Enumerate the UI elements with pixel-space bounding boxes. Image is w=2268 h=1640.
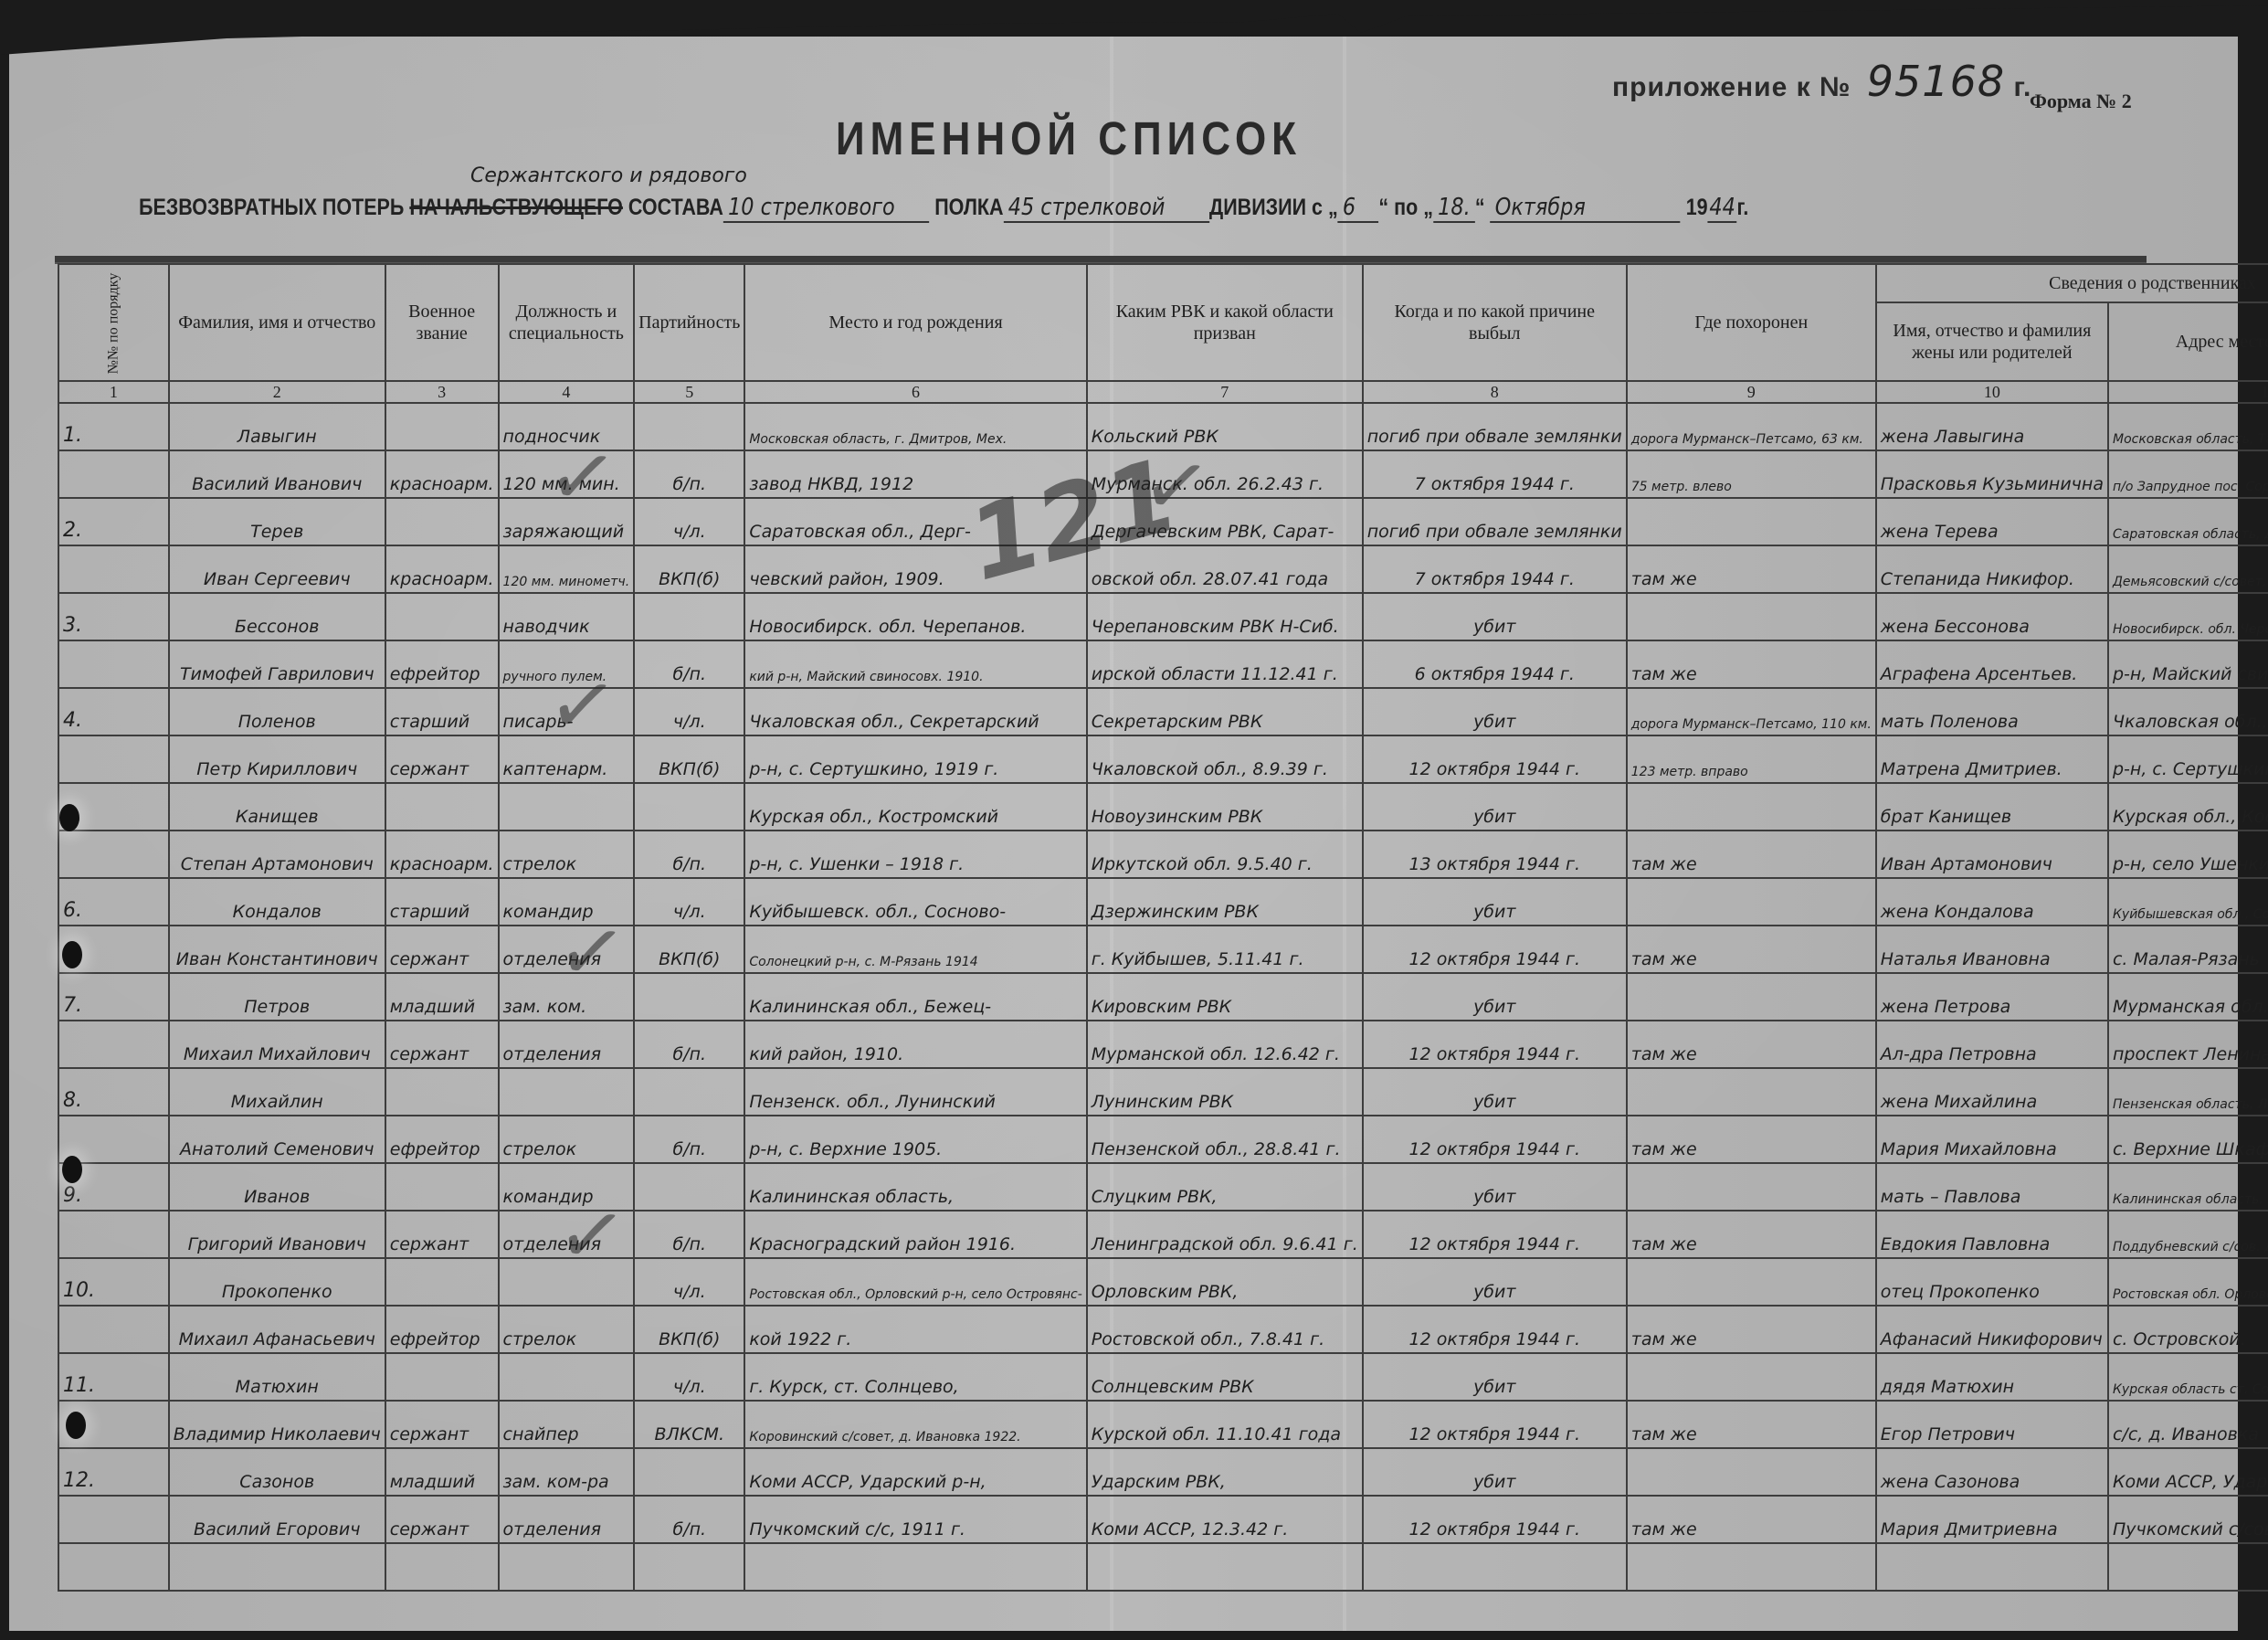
conscription-office: Курской обл. 11.10.41 года bbox=[1087, 1401, 1363, 1448]
party-membership bbox=[634, 593, 744, 640]
row-number: 1. bbox=[58, 403, 169, 450]
home-address: Ростовская обл. Орловский район, bbox=[2108, 1258, 2268, 1306]
birth-place-year: Московская область, г. Дмитров, Мех. bbox=[744, 403, 1086, 450]
conscription-office: Черепановским РВК Н-Сиб. bbox=[1087, 593, 1363, 640]
full-name: Михаил Афанасьевич bbox=[169, 1306, 385, 1353]
party-membership: б/п. bbox=[634, 450, 744, 498]
header-conscription: Каким РВК и какой области призван bbox=[1087, 264, 1363, 381]
home-address: Коми АССР, Ударский район, bbox=[2108, 1448, 2268, 1496]
full-name: Владимир Николаевич bbox=[169, 1401, 385, 1448]
party-membership: б/п. bbox=[634, 1116, 744, 1163]
row-number: 4. bbox=[58, 688, 169, 735]
relative-name: Аграфена Арсентьев. bbox=[1876, 640, 2108, 688]
conscription-office: Пензенской обл., 28.8.41 г. bbox=[1087, 1116, 1363, 1163]
header-birth: Место и год рождения bbox=[744, 264, 1086, 381]
table-row: 8.МихайлинПензенск. обл., ЛунинскийЛунин… bbox=[58, 1068, 2268, 1116]
burial-place bbox=[1627, 878, 1876, 926]
conscription-office: Ростовской обл., 7.8.41 г. bbox=[1087, 1306, 1363, 1353]
table-row: 3.БессоновнаводчикНовосибирск. обл. Чере… bbox=[58, 593, 2268, 640]
conscription-office: Солнцевским РВК bbox=[1087, 1353, 1363, 1401]
birth-place-year: Солонецкий р-н, с. М-Рязань 1914 bbox=[744, 926, 1086, 973]
full-name: Бессонов bbox=[169, 593, 385, 640]
full-name: Михайлин bbox=[169, 1068, 385, 1116]
position: стрелок bbox=[499, 1116, 635, 1163]
conscription-office: ирской области 11.12.41 г. bbox=[1087, 640, 1363, 688]
birth-place-year: Новосибирск. обл. Черепанов. bbox=[744, 593, 1086, 640]
document-title: ИМЕННОЙ СПИСОК bbox=[836, 113, 1302, 166]
row-number: 2. bbox=[58, 498, 169, 545]
conscription-office: Иркутской обл. 9.5.40 г. bbox=[1087, 831, 1363, 878]
subtitle-part: БЕЗВОЗВРАТНЫХ ПОТЕРЬ bbox=[139, 195, 404, 220]
row-number bbox=[58, 1543, 169, 1591]
punch-hole bbox=[66, 1412, 86, 1439]
col-number: 7 bbox=[1087, 381, 1363, 403]
conscription-office: Кировским РВК bbox=[1087, 973, 1363, 1021]
header-party: Партийность bbox=[634, 264, 744, 381]
full-name: Михаил Михайлович bbox=[169, 1021, 385, 1068]
party-membership: ч/л. bbox=[634, 498, 744, 545]
military-rank: старший bbox=[385, 688, 499, 735]
relative-name: Степанида Никифор. bbox=[1876, 545, 2108, 593]
burial-place: там же bbox=[1627, 1116, 1876, 1163]
conscription-office: Орловским РВК, bbox=[1087, 1258, 1363, 1306]
party-membership: ВКП(б) bbox=[634, 545, 744, 593]
full-name: Сазонов bbox=[169, 1448, 385, 1496]
burial-place: там же bbox=[1627, 1021, 1876, 1068]
birth-place-year: Коровинский с/совет, д. Ивановка 1922. bbox=[744, 1401, 1086, 1448]
burial-place bbox=[1627, 593, 1876, 640]
table-row: Владимир НиколаевичсержантснайперВЛКСМ.К… bbox=[58, 1401, 2268, 1448]
conscription-office: Кольский РВК bbox=[1087, 403, 1363, 450]
burial-place: 75 метр. влево bbox=[1627, 450, 1876, 498]
home-address: Курская область ст. Солнцево, Коровински… bbox=[2108, 1353, 2268, 1401]
party-membership: б/п. bbox=[634, 1211, 744, 1258]
military-rank: старший bbox=[385, 878, 499, 926]
relative-name: жена Михайлина bbox=[1876, 1068, 2108, 1116]
departure-date-cause: 12 октября 1944 г. bbox=[1363, 1116, 1627, 1163]
col-number: 3 bbox=[385, 381, 499, 403]
birth-place-year: Коми АССР, Ударский р-н, bbox=[744, 1448, 1086, 1496]
position bbox=[499, 1068, 635, 1116]
checkmark-icon: ✓ bbox=[551, 900, 632, 1004]
full-name bbox=[169, 1543, 385, 1591]
military-rank bbox=[385, 593, 499, 640]
home-address: проспект Ленина д. 3 кв. 12. bbox=[2108, 1021, 2268, 1068]
position bbox=[499, 1543, 635, 1591]
full-name: Канищев bbox=[169, 783, 385, 831]
home-address: р-н, село Ушенки. bbox=[2108, 831, 2268, 878]
birth-place-year: Куйбышевск. обл., Сосново- bbox=[744, 878, 1086, 926]
relative-name: брат Канищев bbox=[1876, 783, 2108, 831]
struck-word: НАЧАЛЬСТВУЮЩЕГО bbox=[409, 195, 623, 220]
row-number bbox=[58, 450, 169, 498]
relative-name: Евдокия Павловна bbox=[1876, 1211, 2108, 1258]
conscription-office: Чкаловской обл., 8.9.39 г. bbox=[1087, 735, 1363, 783]
departure-date-cause: убит bbox=[1363, 973, 1627, 1021]
military-rank bbox=[385, 1543, 499, 1591]
home-address: р-н, Майский свиносовхоз. bbox=[2108, 640, 2268, 688]
burial-place: там же bbox=[1627, 640, 1876, 688]
header-relative-name: Имя, отчество и фамилия жены или родител… bbox=[1876, 302, 2108, 381]
position: наводчик bbox=[499, 593, 635, 640]
birth-place-year: кой 1922 г. bbox=[744, 1306, 1086, 1353]
full-name: Петр Кириллович bbox=[169, 735, 385, 783]
subtitle-part: “ bbox=[1475, 195, 1485, 220]
stamp-prefix: приложение к № bbox=[1612, 72, 1851, 102]
relative-name: жена Сазонова bbox=[1876, 1448, 2108, 1496]
military-rank: ефрейтор bbox=[385, 1116, 499, 1163]
table-row: Тимофей Гавриловичефрейторручного пулем.… bbox=[58, 640, 2268, 688]
military-rank: красноарм. bbox=[385, 545, 499, 593]
home-address: Саратовская область, Дергачевский район, bbox=[2108, 498, 2268, 545]
birth-place-year: р-н, с. Ушенки – 1918 г. bbox=[744, 831, 1086, 878]
conscription-office bbox=[1087, 1543, 1363, 1591]
home-address: Чкаловская обл., Секретарск. bbox=[2108, 688, 2268, 735]
relative-name: жена Терева bbox=[1876, 498, 2108, 545]
division-field: 45 стрелковой bbox=[1004, 194, 1209, 223]
header-burial: Где похоронен bbox=[1627, 264, 1876, 381]
table-row: Анатолий Семеновичефрейторстрелокб/п.р-н… bbox=[58, 1116, 2268, 1163]
col-number: 2 bbox=[169, 381, 385, 403]
subtitle-part: ПОЛКА bbox=[934, 195, 1003, 220]
row-number bbox=[58, 640, 169, 688]
party-membership bbox=[634, 403, 744, 450]
date-to-field: 18. bbox=[1433, 194, 1475, 223]
birth-place-year: р-н, с. Сертушкино, 1919 г. bbox=[744, 735, 1086, 783]
position: отделения bbox=[499, 1496, 635, 1543]
birth-place-year: кий р-н, Майский свиносовх. 1910. bbox=[744, 640, 1086, 688]
position: стрелок bbox=[499, 831, 635, 878]
home-address: п/о Запрудное пос. Соревнование bbox=[2108, 450, 2268, 498]
military-rank: младший bbox=[385, 973, 499, 1021]
appendix-stamp: приложение к № 95168 г. bbox=[1612, 57, 2031, 106]
birth-place-year bbox=[744, 1543, 1086, 1591]
departure-date-cause: 12 октября 1944 г. bbox=[1363, 1401, 1627, 1448]
burial-place: там же bbox=[1627, 1211, 1876, 1258]
burial-place: там же bbox=[1627, 926, 1876, 973]
full-name: Кондалов bbox=[169, 878, 385, 926]
header-name: Фамилия, имя и отчество bbox=[169, 264, 385, 381]
birth-place-year: Красноградский район 1916. bbox=[744, 1211, 1086, 1258]
conscription-office: Новоузинским РВК bbox=[1087, 783, 1363, 831]
relative-name: Матрена Дмитриев. bbox=[1876, 735, 2108, 783]
departure-date-cause: убит bbox=[1363, 1258, 1627, 1306]
departure-date-cause: убит bbox=[1363, 1068, 1627, 1116]
departure-date-cause: 12 октября 1944 г. bbox=[1363, 1021, 1627, 1068]
row-number bbox=[58, 1496, 169, 1543]
full-name: Иванов bbox=[169, 1163, 385, 1211]
party-membership: ч/л. bbox=[634, 1258, 744, 1306]
burial-place bbox=[1627, 1258, 1876, 1306]
column-number-row: 1 2 3 4 5 6 7 8 9 10 11 bbox=[58, 381, 2268, 403]
burial-place bbox=[1627, 1448, 1876, 1496]
party-membership: ВКП(б) bbox=[634, 735, 744, 783]
departure-date-cause: убит bbox=[1363, 1448, 1627, 1496]
full-name: Анатолий Семенович bbox=[169, 1116, 385, 1163]
conscription-office: Дзержинским РВК bbox=[1087, 878, 1363, 926]
full-name: Иван Сергеевич bbox=[169, 545, 385, 593]
departure-date-cause: убит bbox=[1363, 783, 1627, 831]
table-row: 11.Матюхинч/л.г. Курск, ст. Солнцево,Сол… bbox=[58, 1353, 2268, 1401]
row-number: 8. bbox=[58, 1068, 169, 1116]
position bbox=[499, 1353, 635, 1401]
row-number: 3. bbox=[58, 593, 169, 640]
birth-place-year: Пучкомский с/с, 1911 г. bbox=[744, 1496, 1086, 1543]
month-field: Октября bbox=[1491, 194, 1681, 223]
departure-date-cause: 13 октября 1944 г. bbox=[1363, 831, 1627, 878]
table-row: Григорий Ивановичсержантотделенияб/п.Кра… bbox=[58, 1211, 2268, 1258]
birth-place-year: г. Курск, ст. Солнцево, bbox=[744, 1353, 1086, 1401]
burial-place: там же bbox=[1627, 1306, 1876, 1353]
party-membership: ВКП(б) bbox=[634, 926, 744, 973]
birth-place-year: Пензенск. обл., Лунинский bbox=[744, 1068, 1086, 1116]
departure-date-cause: 12 октября 1944 г. bbox=[1363, 1211, 1627, 1258]
military-rank: сержант bbox=[385, 735, 499, 783]
home-address: Пучкомский с/сов., ет. bbox=[2108, 1496, 2268, 1543]
burial-place bbox=[1627, 783, 1876, 831]
position: зам. ком-ра bbox=[499, 1448, 635, 1496]
punch-hole bbox=[62, 1156, 82, 1183]
checkmark-icon: ✓ bbox=[542, 425, 623, 529]
conscription-office: Мурманской обл. 12.6.42 г. bbox=[1087, 1021, 1363, 1068]
home-address: Демьясовский с/совет, поселок Тимнимо bbox=[2108, 545, 2268, 593]
table-row: 7.Петровмладшийзам. ком.Калининская обл.… bbox=[58, 973, 2268, 1021]
party-membership: ВКП(б) bbox=[634, 1306, 744, 1353]
document-subtitle: БЕЗВОЗВРАТНЫХ ПОТЕРЬ НАЧАЛЬСТВУЮЩЕГО СОС… bbox=[139, 194, 1748, 223]
col-number: 10 bbox=[1876, 381, 2108, 403]
full-name: Василий Иванович bbox=[169, 450, 385, 498]
home-address: Мурманская обл., г. Кировск, bbox=[2108, 973, 2268, 1021]
conscription-office: Лунинским РВК bbox=[1087, 1068, 1363, 1116]
military-rank: сержант bbox=[385, 1211, 499, 1258]
birth-place-year: кий район, 1910. bbox=[744, 1021, 1086, 1068]
birth-place-year: Курская обл., Костромский bbox=[744, 783, 1086, 831]
party-membership: ч/л. bbox=[634, 878, 744, 926]
departure-date-cause: 7 октября 1944 г. bbox=[1363, 450, 1627, 498]
military-rank: красноарм. bbox=[385, 450, 499, 498]
full-name: Лавыгин bbox=[169, 403, 385, 450]
position: 120 мм. минометч. bbox=[499, 545, 635, 593]
home-address: с. Малая-Рязань bbox=[2108, 926, 2268, 973]
date-from-field: 6 bbox=[1338, 194, 1379, 223]
checkmark-icon: ✓ bbox=[1135, 434, 1217, 538]
home-address: Куйбышевская обл., Сосново-Солонецкий р-… bbox=[2108, 878, 2268, 926]
party-membership bbox=[634, 783, 744, 831]
checkmark-icon: ✓ bbox=[542, 653, 623, 757]
burial-place: там же bbox=[1627, 545, 1876, 593]
full-name: Тимофей Гаврилович bbox=[169, 640, 385, 688]
relative-name: мать Поленова bbox=[1876, 688, 2108, 735]
birth-place-year: Калининская обл., Бежец- bbox=[744, 973, 1086, 1021]
col-number: 9 bbox=[1627, 381, 1876, 403]
departure-date-cause: убит bbox=[1363, 1163, 1627, 1211]
col-number: 5 bbox=[634, 381, 744, 403]
military-rank bbox=[385, 1068, 499, 1116]
relative-name: отец Прокопенко bbox=[1876, 1258, 2108, 1306]
burial-place: там же bbox=[1627, 1401, 1876, 1448]
home-address bbox=[2108, 1543, 2268, 1591]
relative-name: Иван Артамонович bbox=[1876, 831, 2108, 878]
position: снайпер bbox=[499, 1401, 635, 1448]
relative-name: жена Лавыгина bbox=[1876, 403, 2108, 450]
burial-place: там же bbox=[1627, 1496, 1876, 1543]
subtitle-part: СОСТАВА bbox=[628, 195, 723, 220]
military-rank bbox=[385, 403, 499, 450]
burial-place bbox=[1627, 1068, 1876, 1116]
stamp-number: 95168 bbox=[1867, 57, 2005, 106]
relative-name: жена Кондалова bbox=[1876, 878, 2108, 926]
col-number: 4 bbox=[499, 381, 635, 403]
conscription-office: Секретарским РВК bbox=[1087, 688, 1363, 735]
burial-place bbox=[1627, 1353, 1876, 1401]
row-number: 10. bbox=[58, 1258, 169, 1306]
burial-place: там же bbox=[1627, 831, 1876, 878]
party-membership: б/п. bbox=[634, 1021, 744, 1068]
full-name: Матюхин bbox=[169, 1353, 385, 1401]
birth-place-year: Калининская область, bbox=[744, 1163, 1086, 1211]
header-relatives-group: Сведения о родственниках bbox=[1876, 264, 2268, 302]
burial-place bbox=[1627, 973, 1876, 1021]
home-address: Новосибирск. обл. Черепановский bbox=[2108, 593, 2268, 640]
party-membership bbox=[634, 973, 744, 1021]
col-number: 11 bbox=[2108, 381, 2268, 403]
table-row: Василий Егоровичсержантотделенияб/п.Пучк… bbox=[58, 1496, 2268, 1543]
conscription-office: Слуцким РВК, bbox=[1087, 1163, 1363, 1211]
table-row bbox=[58, 1543, 2268, 1591]
subtitle-part: “ по „ bbox=[1378, 195, 1433, 220]
row-number: 7. bbox=[58, 973, 169, 1021]
departure-date-cause: 7 октября 1944 г. bbox=[1363, 545, 1627, 593]
row-number bbox=[58, 735, 169, 783]
table-row: 10.Прокопенкоч/л.Ростовская обл., Орловс… bbox=[58, 1258, 2268, 1306]
party-membership bbox=[634, 1448, 744, 1496]
punch-hole bbox=[62, 941, 82, 968]
relative-name: Ал-дра Петровна bbox=[1876, 1021, 2108, 1068]
party-membership: б/п. bbox=[634, 1496, 744, 1543]
burial-place bbox=[1627, 498, 1876, 545]
relative-name bbox=[1876, 1543, 2108, 1591]
home-address: с. Островской. bbox=[2108, 1306, 2268, 1353]
year-field: 44 bbox=[1708, 194, 1737, 223]
relative-name: жена Бессонова bbox=[1876, 593, 2108, 640]
handwritten-correction: Сержантского и рядового bbox=[470, 164, 747, 187]
table-row: Михаил Михайловичсержантотделенияб/п.кий… bbox=[58, 1021, 2268, 1068]
departure-date-cause: погиб при обвале землянки bbox=[1363, 498, 1627, 545]
row-number bbox=[58, 1021, 169, 1068]
checkmark-icon: ✓ bbox=[551, 1183, 632, 1287]
conscription-office: Коми АССР, 12.3.42 г. bbox=[1087, 1496, 1363, 1543]
relative-name: дядя Матюхин bbox=[1876, 1353, 2108, 1401]
military-rank: ефрейтор bbox=[385, 1306, 499, 1353]
home-address: Курская обл., Костромский bbox=[2108, 783, 2268, 831]
full-name: Терев bbox=[169, 498, 385, 545]
table-row: Петр Кирилловичсержанткаптенарм.ВКП(б)р-… bbox=[58, 735, 2268, 783]
home-address: р-н, с. Сертушкино. bbox=[2108, 735, 2268, 783]
military-rank bbox=[385, 1258, 499, 1306]
departure-date-cause: убит bbox=[1363, 1353, 1627, 1401]
military-rank bbox=[385, 783, 499, 831]
relative-name: мать – Павлова bbox=[1876, 1163, 2108, 1211]
year-prefix: 19 bbox=[1686, 195, 1708, 220]
header-cause: Когда и по какой причине выбыл bbox=[1363, 264, 1627, 381]
header-number: №№ по порядку bbox=[58, 264, 169, 381]
form-label: Форма № 2 bbox=[2030, 90, 2132, 113]
table-row: 9.ИвановкомандирКалининская область,Слуц… bbox=[58, 1163, 2268, 1211]
party-membership: б/п. bbox=[634, 831, 744, 878]
row-number bbox=[58, 831, 169, 878]
military-rank: сержант bbox=[385, 1496, 499, 1543]
col-number: 1 bbox=[58, 381, 169, 403]
military-rank: сержант bbox=[385, 1401, 499, 1448]
relative-name: Афанасий Никифорович bbox=[1876, 1306, 2108, 1353]
table-row: 6.Кондаловстаршийкомандирч/л.Куйбышевск.… bbox=[58, 878, 2268, 926]
party-membership: ч/л. bbox=[634, 688, 744, 735]
col-number: 8 bbox=[1363, 381, 1627, 403]
relative-name: Наталья Ивановна bbox=[1876, 926, 2108, 973]
military-rank: ефрейтор bbox=[385, 640, 499, 688]
burial-place: дорога Мурманск–Петсамо, 110 км. bbox=[1627, 688, 1876, 735]
home-address: с. Верхние Шкафт. bbox=[2108, 1116, 2268, 1163]
punch-hole bbox=[59, 804, 79, 831]
table-row: 5.КанищевКурская обл., КостромскийНовоуз… bbox=[58, 783, 2268, 831]
birth-place-year: р-н, с. Верхние 1905. bbox=[744, 1116, 1086, 1163]
departure-date-cause: убит bbox=[1363, 878, 1627, 926]
party-membership: ч/л. bbox=[634, 1353, 744, 1401]
departure-date-cause: 12 октября 1944 г. bbox=[1363, 1306, 1627, 1353]
subtitle-part: г. bbox=[1737, 195, 1749, 220]
military-rank: сержант bbox=[385, 926, 499, 973]
col-number: 6 bbox=[744, 381, 1086, 403]
header-address: Адрес местожительства bbox=[2108, 302, 2268, 381]
departure-date-cause bbox=[1363, 1543, 1627, 1591]
table-row: Иван КонстантиновичсержантотделенияВКП(б… bbox=[58, 926, 2268, 973]
party-membership bbox=[634, 1163, 744, 1211]
departure-date-cause: 12 октября 1944 г. bbox=[1363, 926, 1627, 973]
military-rank bbox=[385, 1163, 499, 1211]
row-number: 6. bbox=[58, 878, 169, 926]
full-name: Иван Константинович bbox=[169, 926, 385, 973]
departure-date-cause: убит bbox=[1363, 593, 1627, 640]
military-rank: младший bbox=[385, 1448, 499, 1496]
home-address: Пензенская область, Лунинский район, bbox=[2108, 1068, 2268, 1116]
conscription-office: г. Куйбышев, 5.11.41 г. bbox=[1087, 926, 1363, 973]
full-name: Поленов bbox=[169, 688, 385, 735]
header-position: Должность и специальность bbox=[499, 264, 635, 381]
row-number bbox=[58, 545, 169, 593]
conscription-office: Ударским РВК, bbox=[1087, 1448, 1363, 1496]
home-address: с/с, д. Ивановка bbox=[2108, 1401, 2268, 1448]
relative-name: Прасковья Кузьминична bbox=[1876, 450, 2108, 498]
home-address: Поддубневский с/сов. д. Могильники. bbox=[2108, 1211, 2268, 1258]
table-row: 12.Сазоновмладшийзам. ком-раКоми АССР, У… bbox=[58, 1448, 2268, 1496]
regiment-field: 10 стрелкового bbox=[723, 194, 929, 223]
birth-place-year: Ростовская обл., Орловский р-н, село Ост… bbox=[744, 1258, 1086, 1306]
header-rank: Военное звание bbox=[385, 264, 499, 381]
military-rank bbox=[385, 1353, 499, 1401]
home-address: Московская область, Талдомский район, bbox=[2108, 403, 2268, 450]
full-name: Григорий Иванович bbox=[169, 1211, 385, 1258]
party-membership: ВЛКСМ. bbox=[634, 1401, 744, 1448]
party-membership bbox=[634, 1068, 744, 1116]
table-row: 4.Поленовстаршийписарь-ч/л.Чкаловская об… bbox=[58, 688, 2268, 735]
row-number: 12. bbox=[58, 1448, 169, 1496]
full-name: Степан Артамонович bbox=[169, 831, 385, 878]
military-rank bbox=[385, 498, 499, 545]
position: стрелок bbox=[499, 1306, 635, 1353]
relative-name: жена Петрова bbox=[1876, 973, 2108, 1021]
military-rank: красноарм. bbox=[385, 831, 499, 878]
party-membership bbox=[634, 1543, 744, 1591]
